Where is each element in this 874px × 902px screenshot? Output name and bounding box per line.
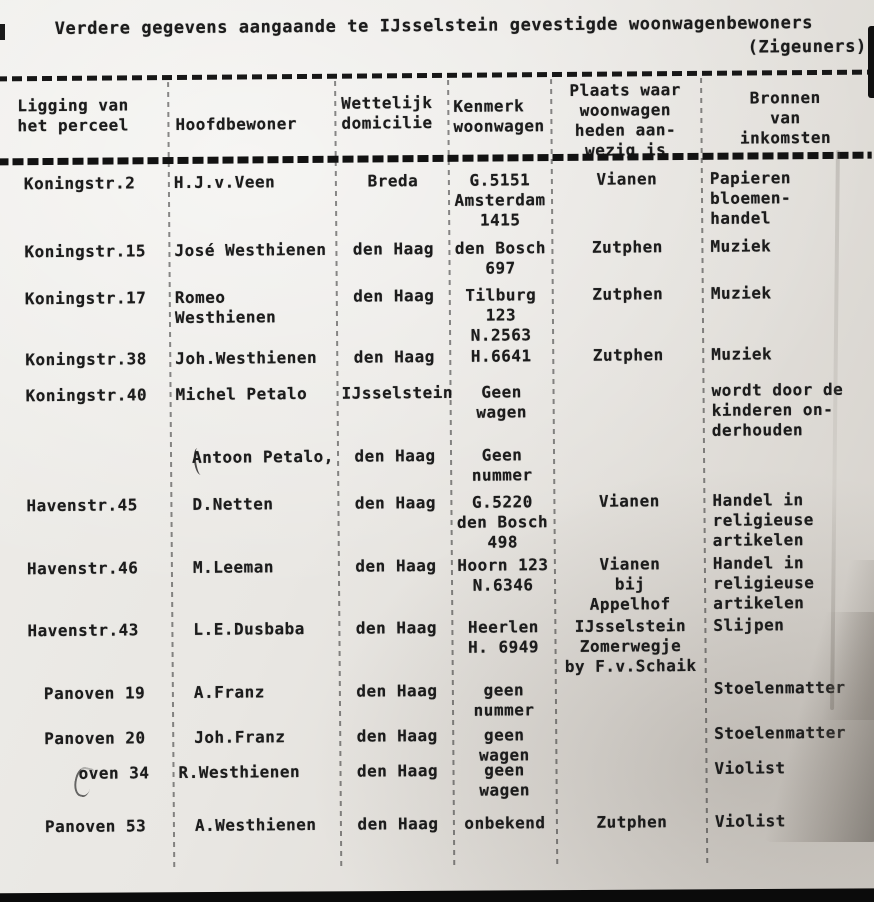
cell-kenmerk: onbekend: [455, 813, 555, 834]
column-separator: [700, 78, 708, 866]
cell-kenmerk: Hoorn 123 N.6346: [453, 555, 553, 596]
table-row: Koningstr.40 Michel Petalo IJsselstein G…: [0, 380, 873, 387]
cell-hoofdbewoner: Joh.Westhienen: [175, 348, 335, 369]
header-domicilie: Wettelijk domicilie: [341, 93, 433, 134]
table-row: oven 34 R.Westhienen den Haag geen wagen…: [2, 758, 874, 765]
cell-kenmerk: H.6641: [451, 346, 551, 367]
cell-kenmerk: Tilburg 123 N.2563: [451, 285, 551, 346]
table-row: Panoven 19 A.Franz den Haag geen nummer …: [2, 678, 874, 685]
cell-plaats: Zutphen: [558, 812, 706, 833]
table-row: Koningstr.17 Romeo Westhienen den Haag T…: [0, 283, 873, 290]
cell-kenmerk: Geen nummer: [452, 445, 552, 486]
cell-kenmerk: G.5220 den Bosch 498: [452, 492, 552, 553]
cell-hoofdbewoner: A.Westhienen: [179, 815, 355, 836]
table-row: Koningstr.2 H.J.v.Veen Breda G.5151 Amst…: [0, 168, 872, 175]
paper-crease: [814, 560, 874, 720]
scanned-document-page: Verdere gegevens aangaande te IJsselstei…: [0, 0, 874, 902]
cell-ligging: Koningstr.40: [25, 385, 169, 406]
cell-bronnen: Handel in religieuse artikelen: [712, 490, 870, 551]
cell-domicilie: den Haag: [343, 556, 449, 577]
cell-hoofdbewoner: H.J.v.Veen: [174, 172, 334, 193]
cell-hoofdbewoner: Michel Petalo: [175, 384, 335, 405]
table-row: Havenstr.45 D.Netten den Haag G.5220 den…: [0, 490, 874, 497]
cell-kenmerk: Heerlen H. 6949: [453, 617, 553, 658]
cell-kenmerk: den Bosch 697: [450, 238, 550, 279]
column-separator: [334, 81, 342, 869]
table-row: Panoven 53 A.Westhienen den Haag onbeken…: [3, 811, 874, 818]
cell-domicilie: den Haag: [341, 286, 447, 307]
cell-domicilie: den Haag: [340, 239, 446, 260]
header-bronnen: Bronnen van inkomsten: [703, 88, 867, 149]
cell-plaats: [557, 679, 705, 680]
cell-domicilie: den Haag: [342, 446, 448, 467]
cell-domicilie: IJsselstein: [341, 383, 447, 404]
header-ligging: Ligging van het perceel: [17, 95, 129, 136]
cell-ligging: Panoven 20: [28, 728, 188, 749]
table-row: Havenstr.46 M.Leeman den Haag Hoorn 123 …: [1, 553, 874, 560]
cell-hoofdbewoner: José Westhienen: [174, 240, 334, 261]
cell-ligging: Koningstr.2: [24, 173, 168, 194]
scan-edge: [0, 24, 5, 40]
cell-domicilie: den Haag: [342, 493, 448, 514]
cell-plaats: Zutphen: [554, 284, 702, 305]
cell-bronnen: Muziek: [711, 283, 869, 304]
cell-bronnen: [712, 443, 870, 444]
cell-domicilie: Breda: [340, 171, 446, 192]
table-row: Antoon Petalo, den Haag Geen nummer: [0, 443, 874, 450]
cell-domicilie: den Haag: [344, 681, 450, 702]
cell-ligging: Havenstr.43: [27, 620, 171, 641]
table-row: Havenstr.43 L.E.Dusbaba den Haag Heerlen…: [1, 615, 874, 622]
cell-ligging: Havenstr.46: [27, 558, 171, 579]
column-separator: [167, 82, 175, 870]
cell-kenmerk: G.5151 Amsterdam 1415: [450, 170, 550, 231]
header-hoofdbewoner: Hoofdbewoner: [175, 114, 297, 135]
cell-bronnen: Papieren bloemen- handel: [710, 168, 868, 229]
cell-domicilie: den Haag: [344, 726, 450, 747]
header-kenmerk: Kenmerk woonwagen: [453, 96, 545, 137]
cell-ligging: Panoven 53: [29, 816, 189, 837]
cell-kenmerk: geen nummer: [454, 680, 554, 721]
cell-domicilie: den Haag: [344, 761, 450, 782]
cell-hoofdbewoner: L.E.Dusbaba: [177, 619, 353, 640]
cell-ligging: [26, 448, 170, 449]
table-row: Panoven 20 Joh.Franz den Haag geen wagen…: [2, 723, 874, 730]
document-subtitle: (Zigeuners): [748, 37, 867, 58]
cell-domicilie: den Haag: [345, 814, 451, 835]
cell-plaats: [554, 381, 702, 382]
document-title: Verdere gegevens aangaande te IJsselstei…: [55, 13, 845, 39]
cell-hoofdbewoner: M.Leeman: [177, 557, 353, 578]
header-plaats: Plaats waar woonwagen heden aan- wezig i…: [549, 80, 702, 161]
cell-ligging: Koningstr.38: [25, 349, 169, 370]
cell-hoofdbewoner: A.Franz: [178, 682, 354, 703]
cell-bronnen: Muziek: [711, 344, 869, 365]
cell-domicilie: den Haag: [343, 618, 449, 639]
cell-ligging: Panoven 19: [28, 683, 188, 704]
divider-top: [0, 70, 871, 82]
cell-domicilie: den Haag: [341, 347, 447, 368]
cell-ligging: Koningstr.17: [25, 288, 169, 309]
scan-edge: [868, 26, 874, 98]
cell-plaats: [557, 759, 705, 760]
cell-plaats: [555, 444, 703, 445]
cell-kenmerk: geen wagen: [454, 760, 554, 801]
cell-plaats: IJsselstein Zomerwegje by F.v.Schaik: [556, 616, 704, 677]
cell-hoofdbewoner: Joh.Franz: [178, 727, 354, 748]
divider-header: [0, 152, 872, 166]
table-row: Koningstr.38 Joh.Westhienen den Haag H.6…: [0, 344, 873, 351]
cell-plaats: Vianen: [555, 491, 703, 512]
cell-plaats: Vianen: [553, 169, 701, 190]
cell-plaats: [557, 724, 705, 725]
cell-ligging: Koningstr.15: [24, 241, 168, 262]
cell-ligging: Havenstr.45: [26, 495, 170, 516]
cell-bronnen: Muziek: [710, 236, 868, 257]
cell-bronnen: wordt door de kinderen on- derhouden: [711, 380, 869, 441]
cell-kenmerk: Geen wagen: [451, 382, 551, 423]
table-row: Koningstr.15 José Westhienen den Haag de…: [0, 236, 872, 243]
document-content: Verdere gegevens aangaande te IJsselstei…: [0, 0, 874, 902]
cell-hoofdbewoner: Romeo Westhienen: [175, 287, 335, 328]
cell-hoofdbewoner: D.Netten: [176, 494, 352, 515]
cell-plaats: Zutphen: [553, 237, 701, 258]
cell-plaats: Vianen bij Appelhof: [556, 554, 704, 615]
cell-plaats: Zutphen: [554, 345, 702, 366]
cell-hoofdbewoner: R.Westhienen: [178, 762, 338, 783]
